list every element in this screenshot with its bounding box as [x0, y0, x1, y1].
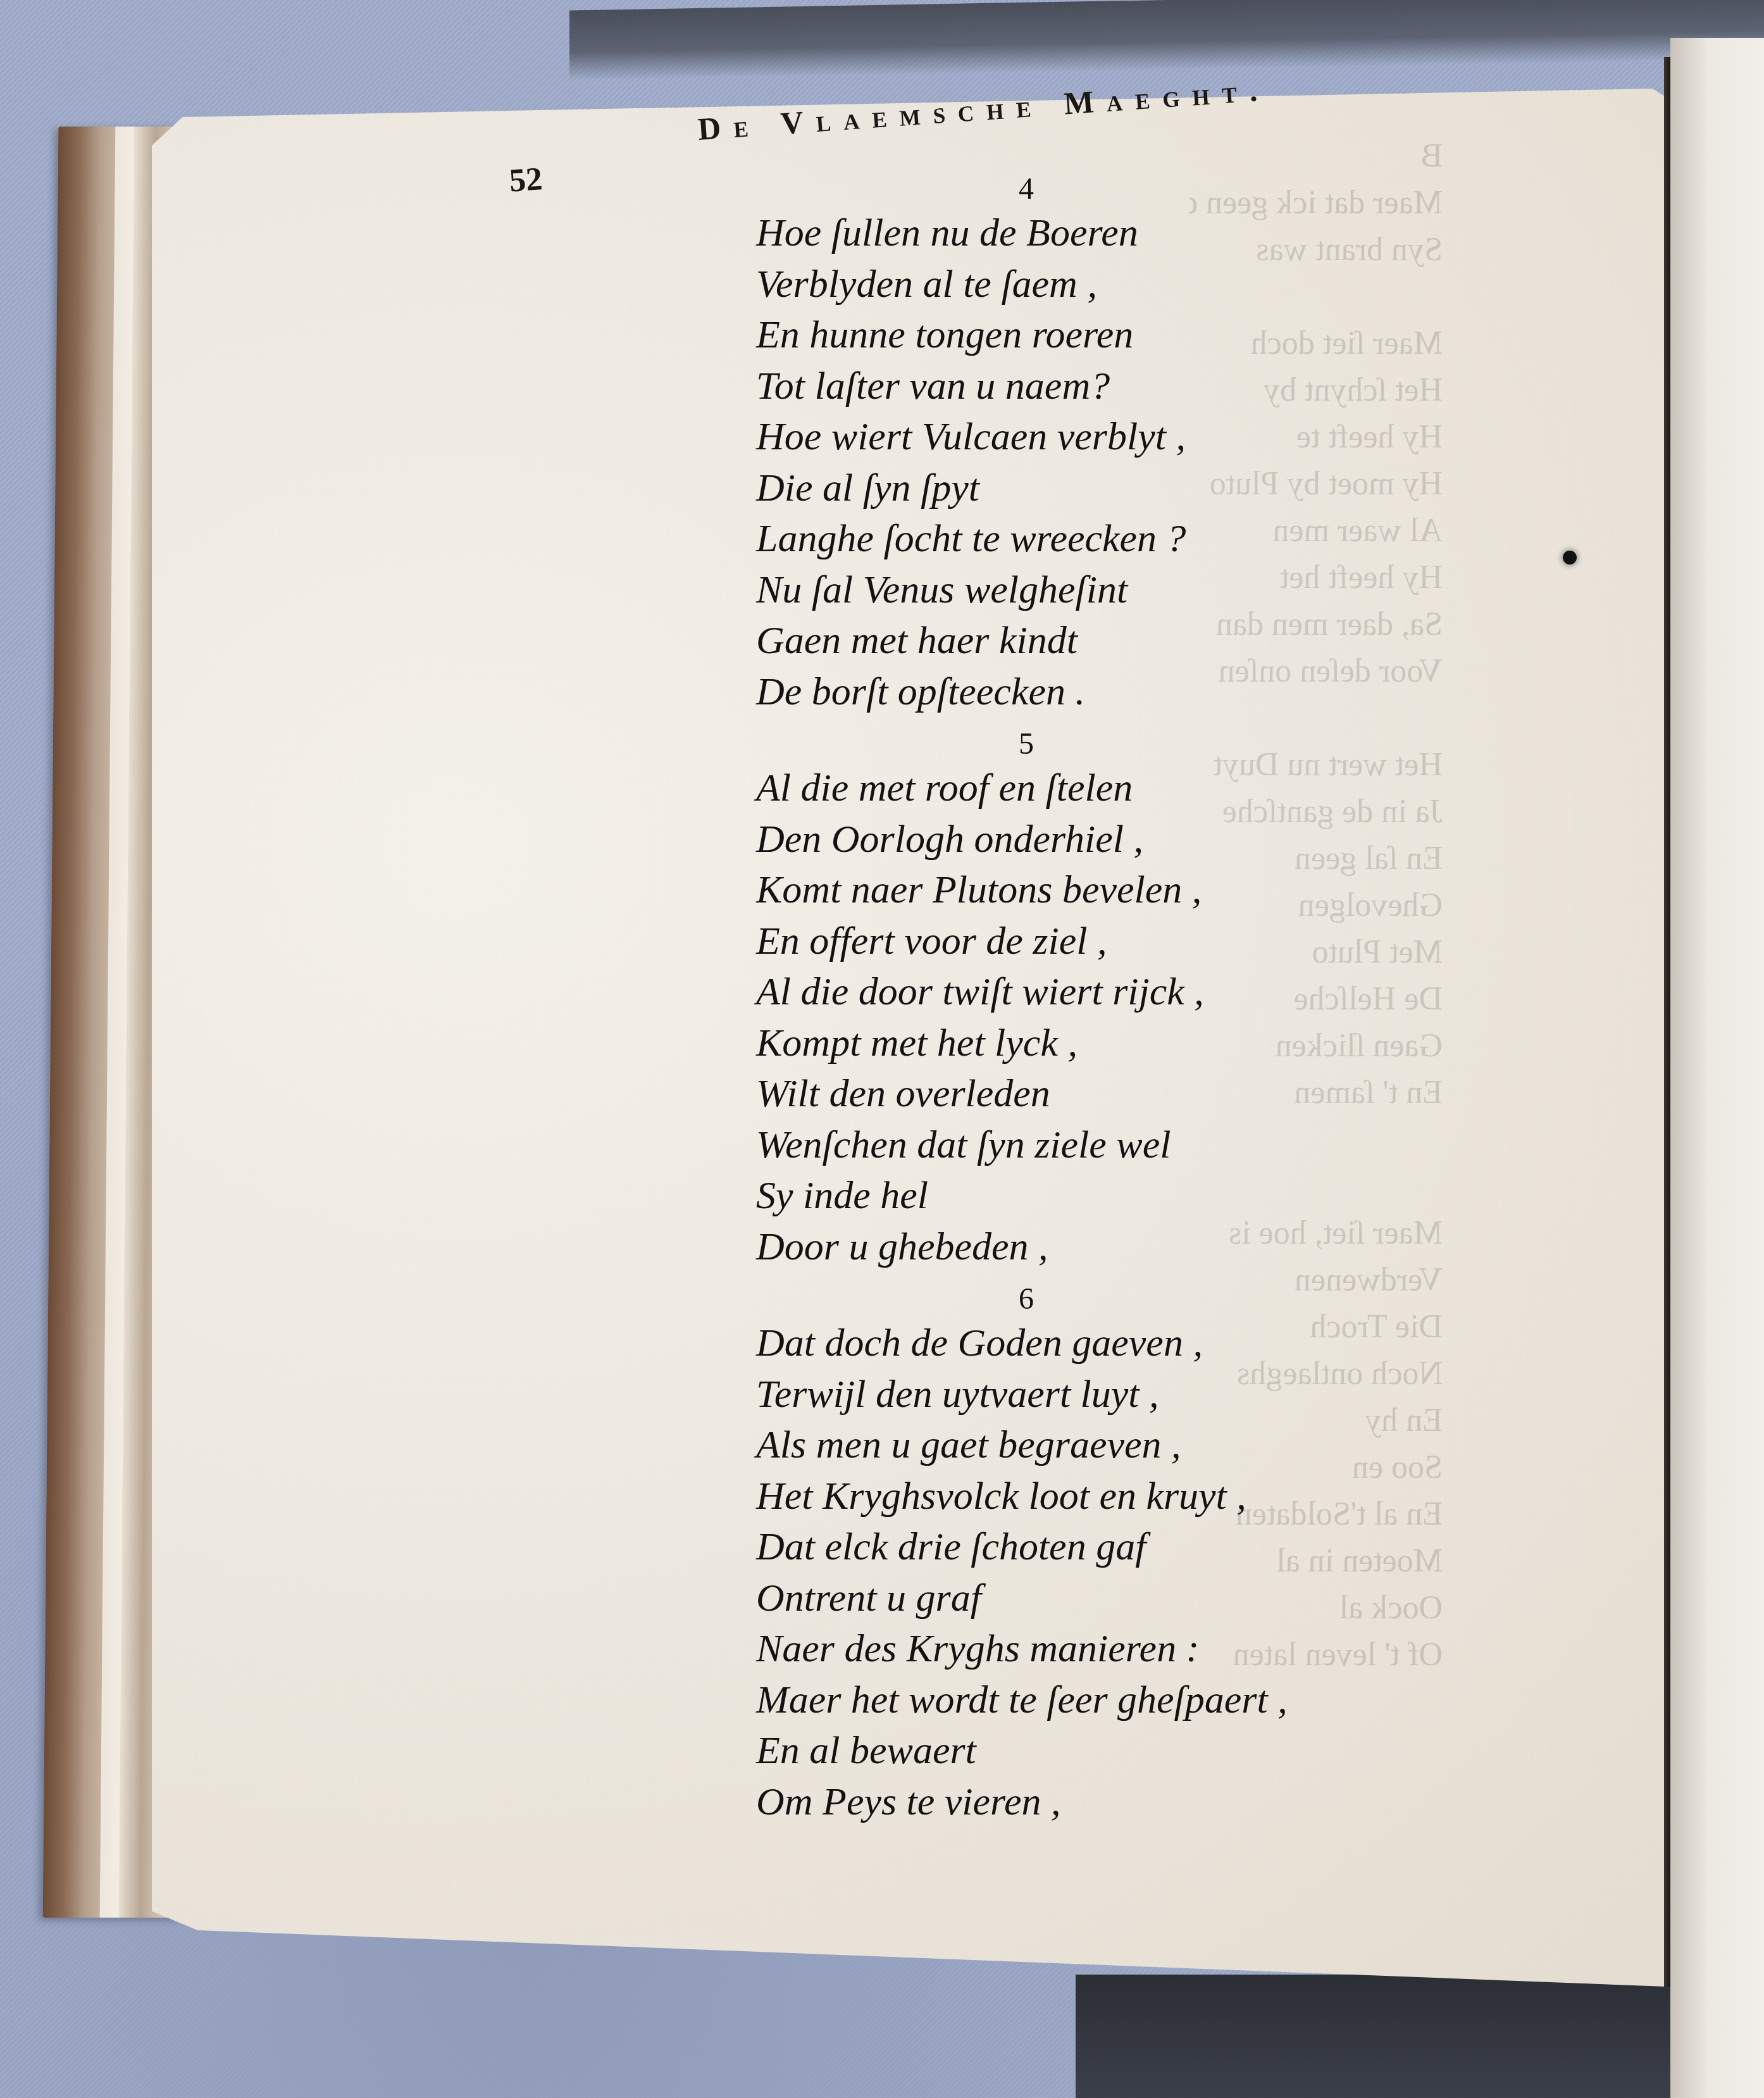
- verse-line: Hoe ſullen nu de Boeren: [756, 208, 1515, 259]
- verse-line: Om Peys te vieren ,: [756, 1776, 1515, 1828]
- verse-line: Langhe ſocht te wreecken ?: [756, 513, 1515, 565]
- verse-line: Verblyden al te ſaem ,: [756, 259, 1515, 310]
- verse-line: Sy inde hel: [756, 1170, 1515, 1221]
- stanza-5: 5 Al die met roof en ſtelen Den Oorlogh …: [756, 726, 1515, 1272]
- verse-line: En offert voor de ziel ,: [756, 916, 1515, 967]
- verse-line: Al die door twiſt wiert rijck ,: [756, 966, 1515, 1018]
- verse-line: De borſt opſteecken .: [756, 666, 1515, 718]
- verse-line: Nu ſal Venus welgheſint: [756, 565, 1515, 616]
- verse-line: Al die met roof en ſtelen: [756, 763, 1515, 814]
- poem: 4 Hoe ſullen nu de Boeren Verblyden al t…: [756, 171, 1515, 1836]
- ink-spot: [1563, 551, 1577, 565]
- verse-line: Terwijl den uytvaert luyt ,: [756, 1369, 1515, 1420]
- stanza-number: 6: [756, 1281, 1515, 1318]
- verse-line: Kompt met het lyck ,: [756, 1018, 1515, 1069]
- verse-line: En al bewaert: [756, 1725, 1515, 1776]
- background-shadow-bottom: [1076, 1975, 1764, 2098]
- verse-line: Tot laſter van u naem?: [756, 361, 1515, 412]
- verse-line: En hunne tongen roeren: [756, 309, 1515, 361]
- stanza-6: 6 Dat doch de Goden gaeven , Terwijl den…: [756, 1281, 1515, 1827]
- stanza-number: 4: [756, 171, 1515, 208]
- verse-line: Naer des Kryghs manieren :: [756, 1623, 1515, 1675]
- verse-line: Die al ſyn ſpyt: [756, 463, 1515, 514]
- background-shadow: [569, 0, 1764, 80]
- verse-line: Hoe wiert Vulcaen verblyt ,: [756, 411, 1515, 463]
- verse-line: Den Oorlogh onderhiel ,: [756, 814, 1515, 865]
- verse-line: Wilt den overleden: [756, 1068, 1515, 1120]
- verse-line: Gaen met haer kindt: [756, 615, 1515, 666]
- verse-line: Het Kryghsvolck loot en kruyt ,: [756, 1471, 1515, 1522]
- stanza-number: 5: [756, 726, 1515, 763]
- verse-line: Komt naer Plutons bevelen ,: [756, 865, 1515, 916]
- verse-line: Door u ghebeden ,: [756, 1221, 1515, 1273]
- verse-line: Dat elck drie ſchoten gaf: [756, 1521, 1515, 1573]
- verse-line: Maer het wordt te ſeer gheſpaert ,: [756, 1675, 1515, 1726]
- verse-line: Wenſchen dat ſyn ziele wel: [756, 1120, 1515, 1171]
- book-gutter: [1664, 57, 1670, 1987]
- verse-line: Dat doch de Goden gaeven ,: [756, 1318, 1515, 1369]
- verse-line: Ontrent u graf: [756, 1573, 1515, 1624]
- facing-page: [1670, 38, 1764, 2098]
- verse-line: Als men u gaet begraeven ,: [756, 1420, 1515, 1471]
- page-number: 52: [508, 160, 543, 199]
- stanza-4: 4 Hoe ſullen nu de Boeren Verblyden al t…: [756, 171, 1515, 717]
